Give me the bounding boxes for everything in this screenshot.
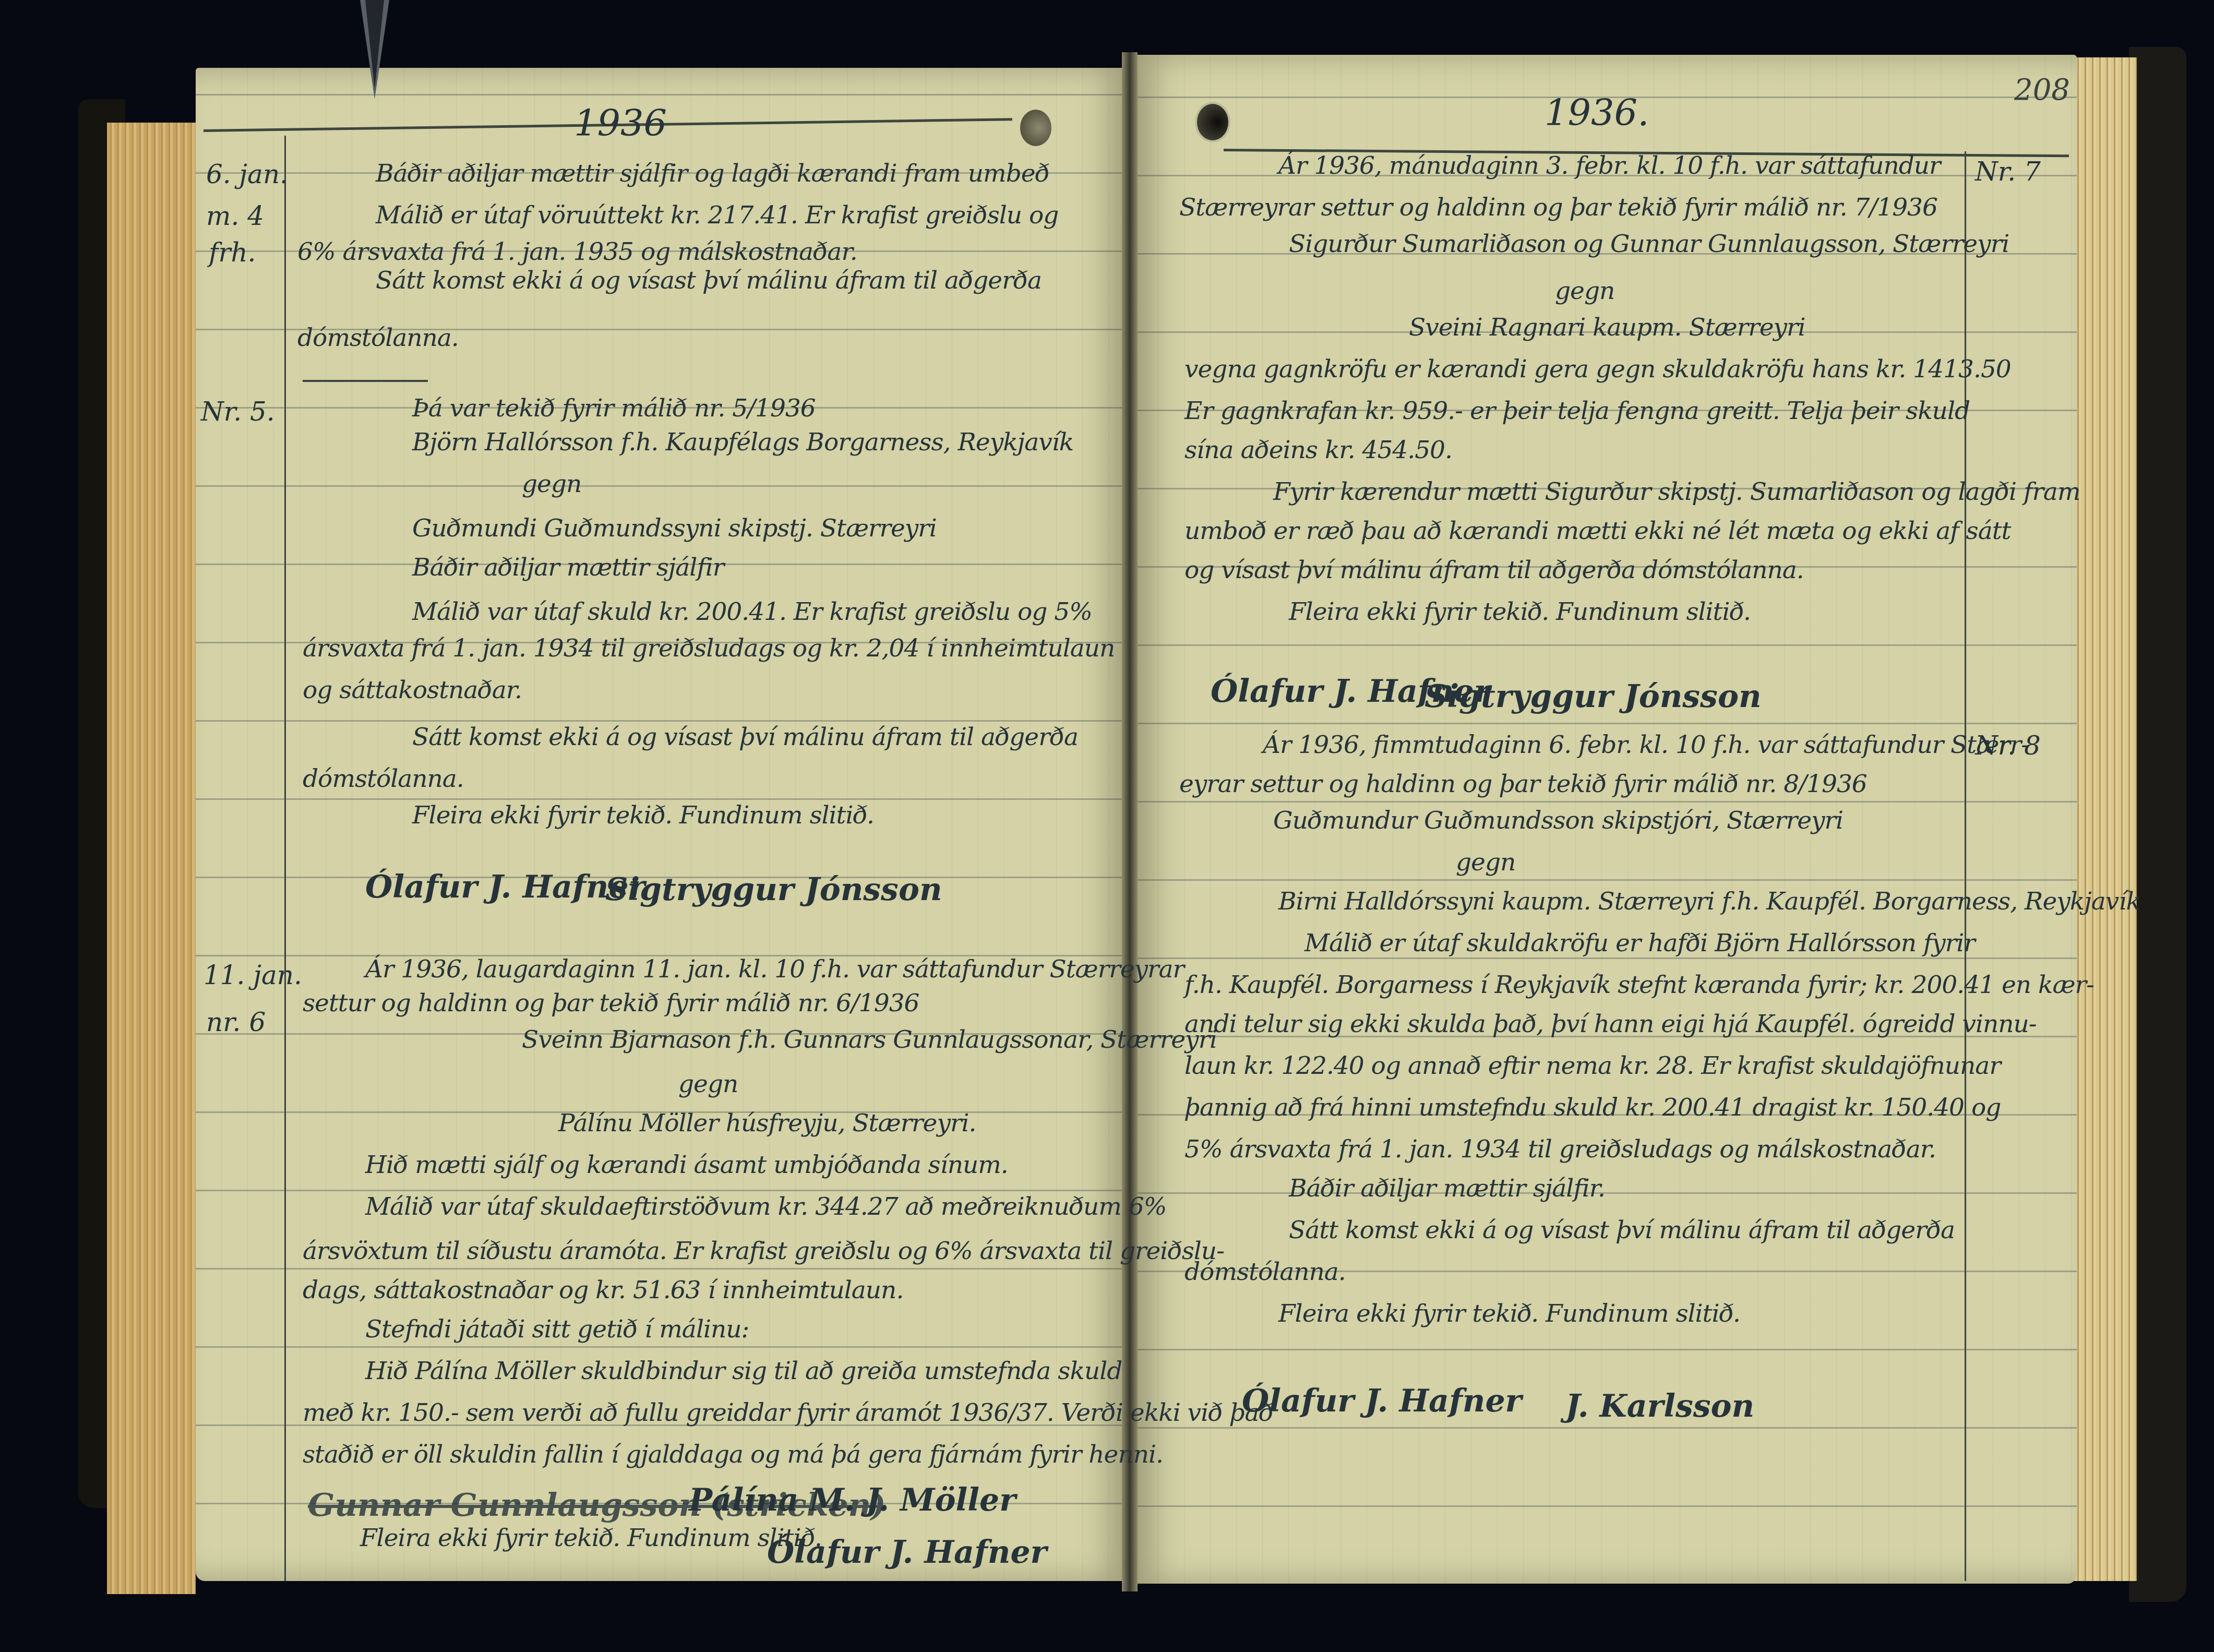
ledger-line: ársvöxtum til síðustu áramóta. Er krafis… bbox=[303, 1237, 1224, 1265]
ledger-line: þannig að frá hinni umstefndu skuld kr. … bbox=[1184, 1093, 2001, 1122]
margin-note: 11. jan. bbox=[204, 960, 302, 990]
year-heading-right: 1936. bbox=[1545, 91, 1649, 134]
punch-hole-left bbox=[1020, 110, 1051, 146]
ledger-line: Sigurður Sumarliðason og Gunnar Gunnlaug… bbox=[1289, 230, 2009, 258]
ledger-line: Ár 1936, laugardaginn 11. jan. kl. 10 f.… bbox=[365, 955, 1184, 984]
ledger-line: gegn bbox=[1555, 277, 1614, 305]
ledger-line: Fleira ekki fyrir tekið. Fundinum slitið… bbox=[412, 801, 874, 830]
signature: Sigtryggur Jónsson bbox=[1425, 678, 1762, 715]
ledger-line: ársvaxta frá 1. jan. 1934 til greiðsluda… bbox=[303, 634, 1115, 663]
ledger-line: Sveinn Bjarnason f.h. Gunnars Gunnlaugss… bbox=[522, 1025, 1217, 1054]
stricken-signature: Gunnar Gunnlaugsson (stricken) bbox=[308, 1487, 886, 1524]
ledger-line: dómstólanna. bbox=[297, 324, 459, 352]
margin-note: frh. bbox=[209, 237, 256, 268]
ledger-line: Pálínu Möller húsfreyju, Stærreyri. bbox=[558, 1109, 976, 1138]
ledger-line: eyrar settur og haldinn og þar tekið fyr… bbox=[1179, 770, 1867, 798]
ledger-line: Málið er útaf vöruúttekt kr. 217.41. Er … bbox=[376, 201, 1058, 230]
margin-note: 6. jan. bbox=[206, 159, 288, 189]
ledger-line: 5% ársvaxta frá 1. jan. 1934 til greiðsl… bbox=[1184, 1135, 1936, 1164]
ledger-line: Hið mætti sjálf og kærandi ásamt umbjóða… bbox=[365, 1151, 1008, 1179]
ledger-line: Sátt komst ekki á og vísast því málinu á… bbox=[1289, 1216, 1955, 1244]
ledger-line: og sáttakostnaðar. bbox=[303, 676, 522, 704]
ledger-line: Guðmundi Guðmundssyni skipstj. Stærreyri bbox=[412, 514, 937, 543]
ledger-line: Guðmundur Guðmundsson skipstjóri, Stærre… bbox=[1273, 806, 1843, 835]
separator-rule bbox=[303, 380, 428, 382]
ledger-line: staðið er öll skuldin fallin í gjalddaga… bbox=[303, 1440, 1163, 1469]
ledger-line: með kr. 150.- sem verði að fullu greidda… bbox=[303, 1398, 1273, 1427]
ledger-line: Málið var útaf skuldaeftirstöðvum kr. 34… bbox=[365, 1192, 1166, 1221]
page-stack-left bbox=[107, 123, 196, 1594]
margin-note: Nr. 7 bbox=[1975, 157, 2041, 187]
ledger-line: og vísast því málinu áfram til aðgerða d… bbox=[1184, 556, 1804, 584]
margin-note: Nr. 5. bbox=[201, 397, 275, 427]
ledger-line: dómstólanna. bbox=[1184, 1258, 1346, 1286]
signature: Sigtryggur Jónsson bbox=[605, 871, 942, 908]
ledger-line: f.h. Kaupfél. Borgarness í Reykjavík ste… bbox=[1184, 971, 2094, 999]
ledger-line: settur og haldinn og þar tekið fyrir mál… bbox=[303, 989, 919, 1017]
book-gutter bbox=[1122, 52, 1138, 1591]
ledger-line: Fleira ekki fyrir tekið. Fundinum slitið… bbox=[360, 1524, 822, 1552]
ledger-line: Stefndi játaði sitt getið í málinu: bbox=[365, 1315, 749, 1344]
year-heading-left: 1936 bbox=[574, 102, 667, 145]
ledger-line: Stærreyrar settur og haldinn og þar teki… bbox=[1179, 193, 1937, 222]
ledger-line: Málið var útaf skuld kr. 200.41. Er kraf… bbox=[412, 597, 1092, 626]
ledger-line: 6% ársvaxta frá 1. jan. 1935 og málskost… bbox=[297, 237, 857, 266]
ledger-line: Sátt komst ekki á og vísast því málinu á… bbox=[412, 723, 1078, 751]
ledger-line: laun kr. 122.40 og annað eftir nema kr. … bbox=[1184, 1051, 2001, 1080]
ledger-line: Fleira ekki fyrir tekið. Fundinum slitið… bbox=[1278, 1299, 1740, 1328]
ledger-line: gegn bbox=[678, 1070, 738, 1098]
ledger-line: Fleira ekki fyrir tekið. Fundinum slitið… bbox=[1289, 597, 1751, 626]
margin-note: nr. 6 bbox=[206, 1007, 266, 1037]
signature: J. Karlsson bbox=[1565, 1388, 1754, 1424]
ledger-line: Hið Pálína Möller skuldbindur sig til að… bbox=[365, 1357, 1122, 1385]
ledger-line: gegn bbox=[1456, 848, 1515, 877]
ledger-line: Birni Halldórssyni kaupm. Stærreyri f.h.… bbox=[1278, 887, 2140, 916]
punch-hole-right bbox=[1195, 102, 1230, 142]
page-stack-right bbox=[2074, 57, 2137, 1581]
ledger-line: Sveini Ragnari kaupm. Stærreyri bbox=[1409, 313, 1805, 342]
ledger-line: Þá var tekið fyrir málið nr. 5/1936 bbox=[412, 394, 816, 423]
ledger-line: Báðir aðiljar mættir sjálfir bbox=[412, 553, 724, 582]
ledger-line: sína aðeins kr. 454.50. bbox=[1184, 436, 1452, 464]
ledger-line: gegn bbox=[522, 470, 581, 498]
signature: Ólafur J. Hafner bbox=[767, 1534, 1047, 1571]
ledger-line: umboð er ræð þau að kærandi mætti ekki n… bbox=[1184, 517, 2010, 545]
signature: Ólafur J. Hafner bbox=[1242, 1383, 1522, 1419]
ledger-line: Báðir aðiljar mættir sjálfir. bbox=[1289, 1174, 1605, 1203]
ledger-line: Fyrir kærendur mætti Sigurður skipstj. S… bbox=[1273, 477, 2080, 506]
ledger-line: Báðir aðiljar mættir sjálfir og lagði kæ… bbox=[376, 159, 1049, 188]
margin-note: m. 4 bbox=[206, 201, 264, 231]
margin-rule-left bbox=[284, 136, 286, 1581]
ledger-line: Ár 1936, fimmtudaginn 6. febr. kl. 10 f.… bbox=[1263, 731, 2029, 759]
ledger-line: Er gagnkrafan kr. 959.- er þeir telja fe… bbox=[1184, 397, 1970, 425]
ledger-line: dags, sáttakostnaðar og kr. 51.63 í innh… bbox=[303, 1276, 903, 1304]
ledger-line: Málið er útaf skuldakröfu er hafði Björn… bbox=[1305, 929, 1975, 957]
ledger-line: Björn Hallórsson f.h. Kaupfélags Borgarn… bbox=[412, 428, 1073, 457]
signature: Ólafur J. Hafner bbox=[365, 869, 645, 905]
page-number: 208 bbox=[2014, 73, 2070, 107]
ledger-line: andi telur sig ekki skulda það, því hann… bbox=[1184, 1010, 2037, 1038]
book-cover-right bbox=[2129, 47, 2186, 1602]
ledger-line: Sátt komst ekki á og vísast því málinu á… bbox=[376, 266, 1042, 295]
ledger-line: vegna gagnkröfu er kærandi gera gegn sku… bbox=[1184, 355, 2011, 384]
ledger-line: Ár 1936, mánudaginn 3. febr. kl. 10 f.h.… bbox=[1278, 151, 1941, 180]
knife-blade-shadow bbox=[365, 0, 384, 89]
ledger-line: dómstólanna. bbox=[303, 764, 464, 793]
